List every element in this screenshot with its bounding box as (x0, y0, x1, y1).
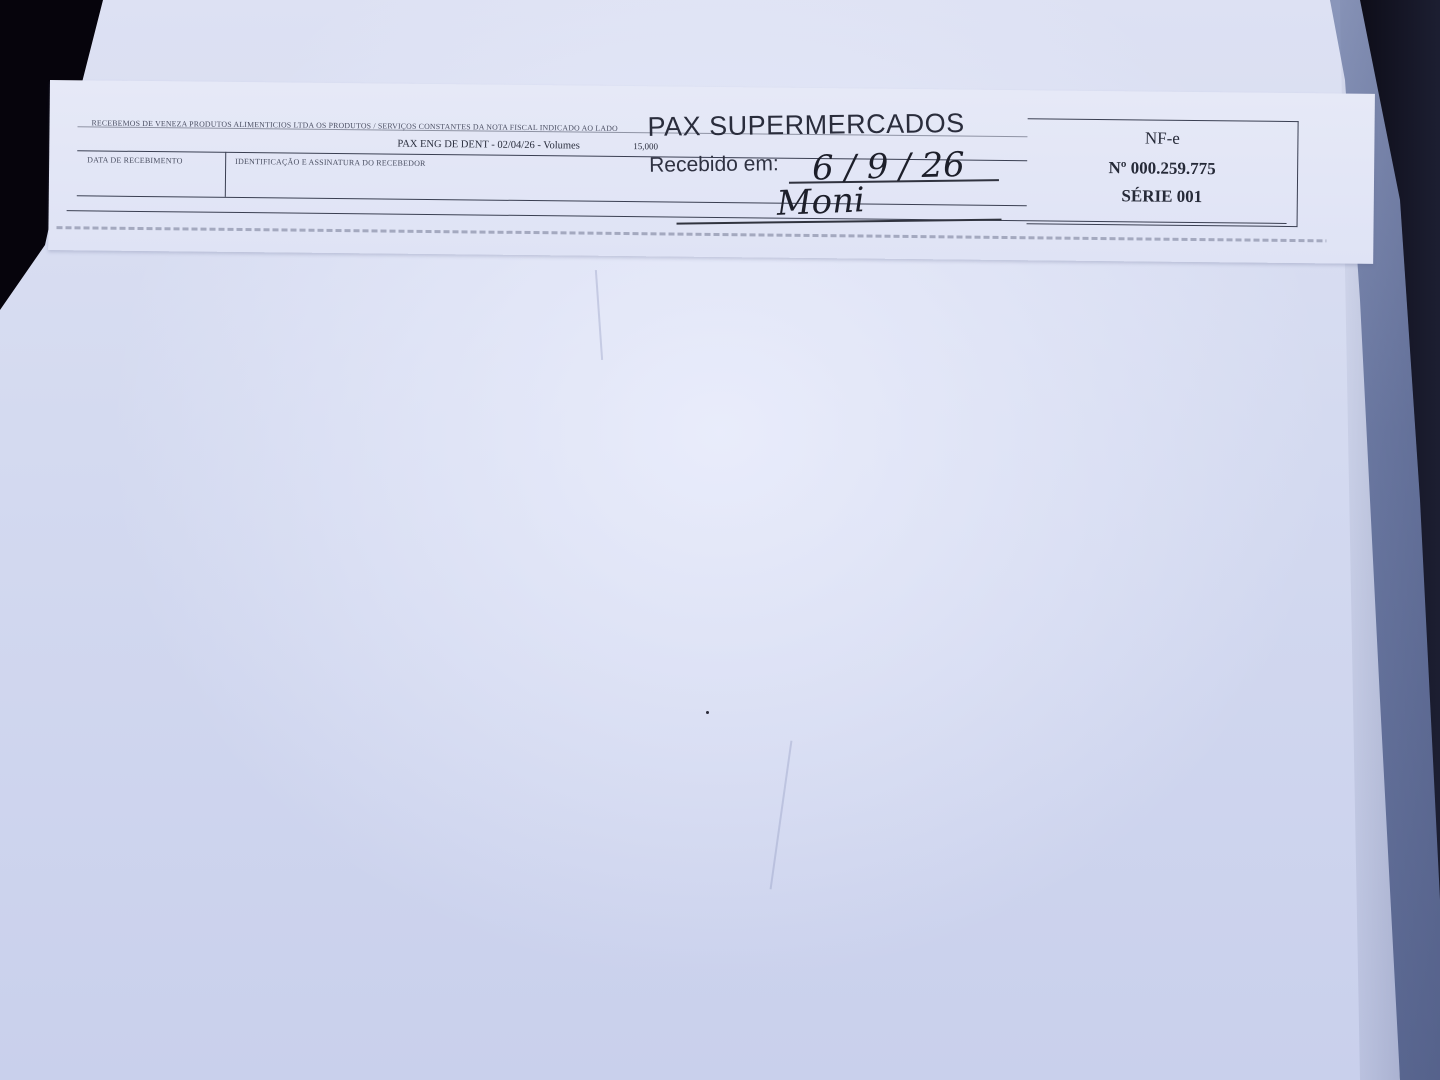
signature-label: IDENTIFICAÇÃO E ASSINATURA DO RECEBEDOR (235, 157, 426, 168)
paper-speck (706, 711, 709, 714)
receipt-stub: RECEBEMOS DE VENEZA PRODUTOS ALIMENTICIO… (48, 80, 1375, 264)
date-received-label: DATA DE RECEBIMENTO (87, 155, 183, 165)
nfe-number: Nº 000.259.775 (1027, 157, 1297, 180)
stamp-company-name: PAX SUPERMERCADOS (647, 108, 964, 143)
recipient-line: PAX ENG DE DENT - 02/04/26 - Volumes (397, 139, 580, 152)
receipt-header-text: RECEBEMOS DE VENEZA PRODUTOS ALIMENTICIO… (92, 118, 618, 133)
nfe-series: SÉRIE 001 (1027, 185, 1297, 208)
nfe-box: NF-e Nº 000.259.775 SÉRIE 001 (1027, 118, 1299, 227)
perforation-edge (56, 226, 1326, 242)
stamp-received-label: Recebido em: (649, 152, 779, 178)
nfe-title: NF-e (1027, 127, 1297, 150)
handwritten-signature: Moni (776, 180, 866, 224)
